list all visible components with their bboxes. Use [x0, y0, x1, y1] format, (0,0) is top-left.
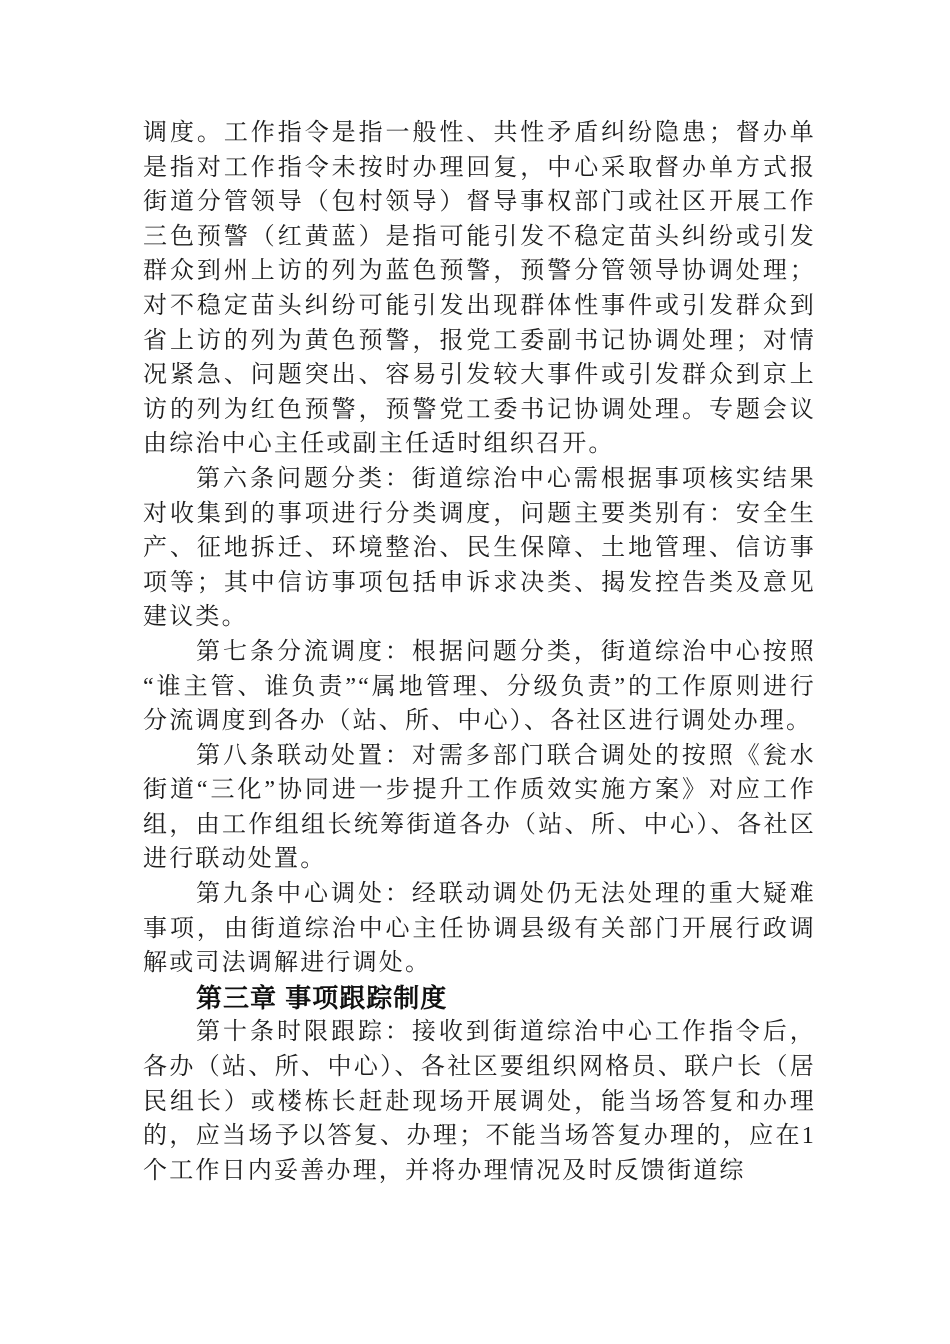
- body-paragraph: 第七条分流调度：根据问题分类，街道综治中心按照“谁主管、谁负责”“属地管理、分级…: [143, 635, 816, 739]
- body-paragraph: 第九条中心调处：经联动调处仍无法处理的重大疑难事项，由街道综治中心主任协调县级有…: [143, 877, 816, 981]
- body-paragraph: 第十条时限跟踪：接收到街道综治中心工作指令后，各办（站、所、中心）、各社区要组织…: [143, 1015, 816, 1188]
- body-paragraph: 第八条联动处置：对需多部门联合调处的按照《瓮水街道“三化”协同进一步提升工作质效…: [143, 739, 816, 877]
- chapter-heading: 第三章 事项跟踪制度: [143, 981, 816, 1016]
- body-paragraph: 调度。工作指令是指一般性、共性矛盾纠纷隐患；督办单是指对工作指令未按时办理回复，…: [143, 116, 816, 462]
- document-body: 调度。工作指令是指一般性、共性矛盾纠纷隐患；督办单是指对工作指令未按时办理回复，…: [143, 116, 816, 1188]
- body-paragraph: 第六条问题分类：街道综治中心需根据事项核实结果对收集到的事项进行分类调度，问题主…: [143, 462, 816, 635]
- document-page: 调度。工作指令是指一般性、共性矛盾纠纷隐患；督办单是指对工作指令未按时办理回复，…: [0, 0, 950, 1344]
